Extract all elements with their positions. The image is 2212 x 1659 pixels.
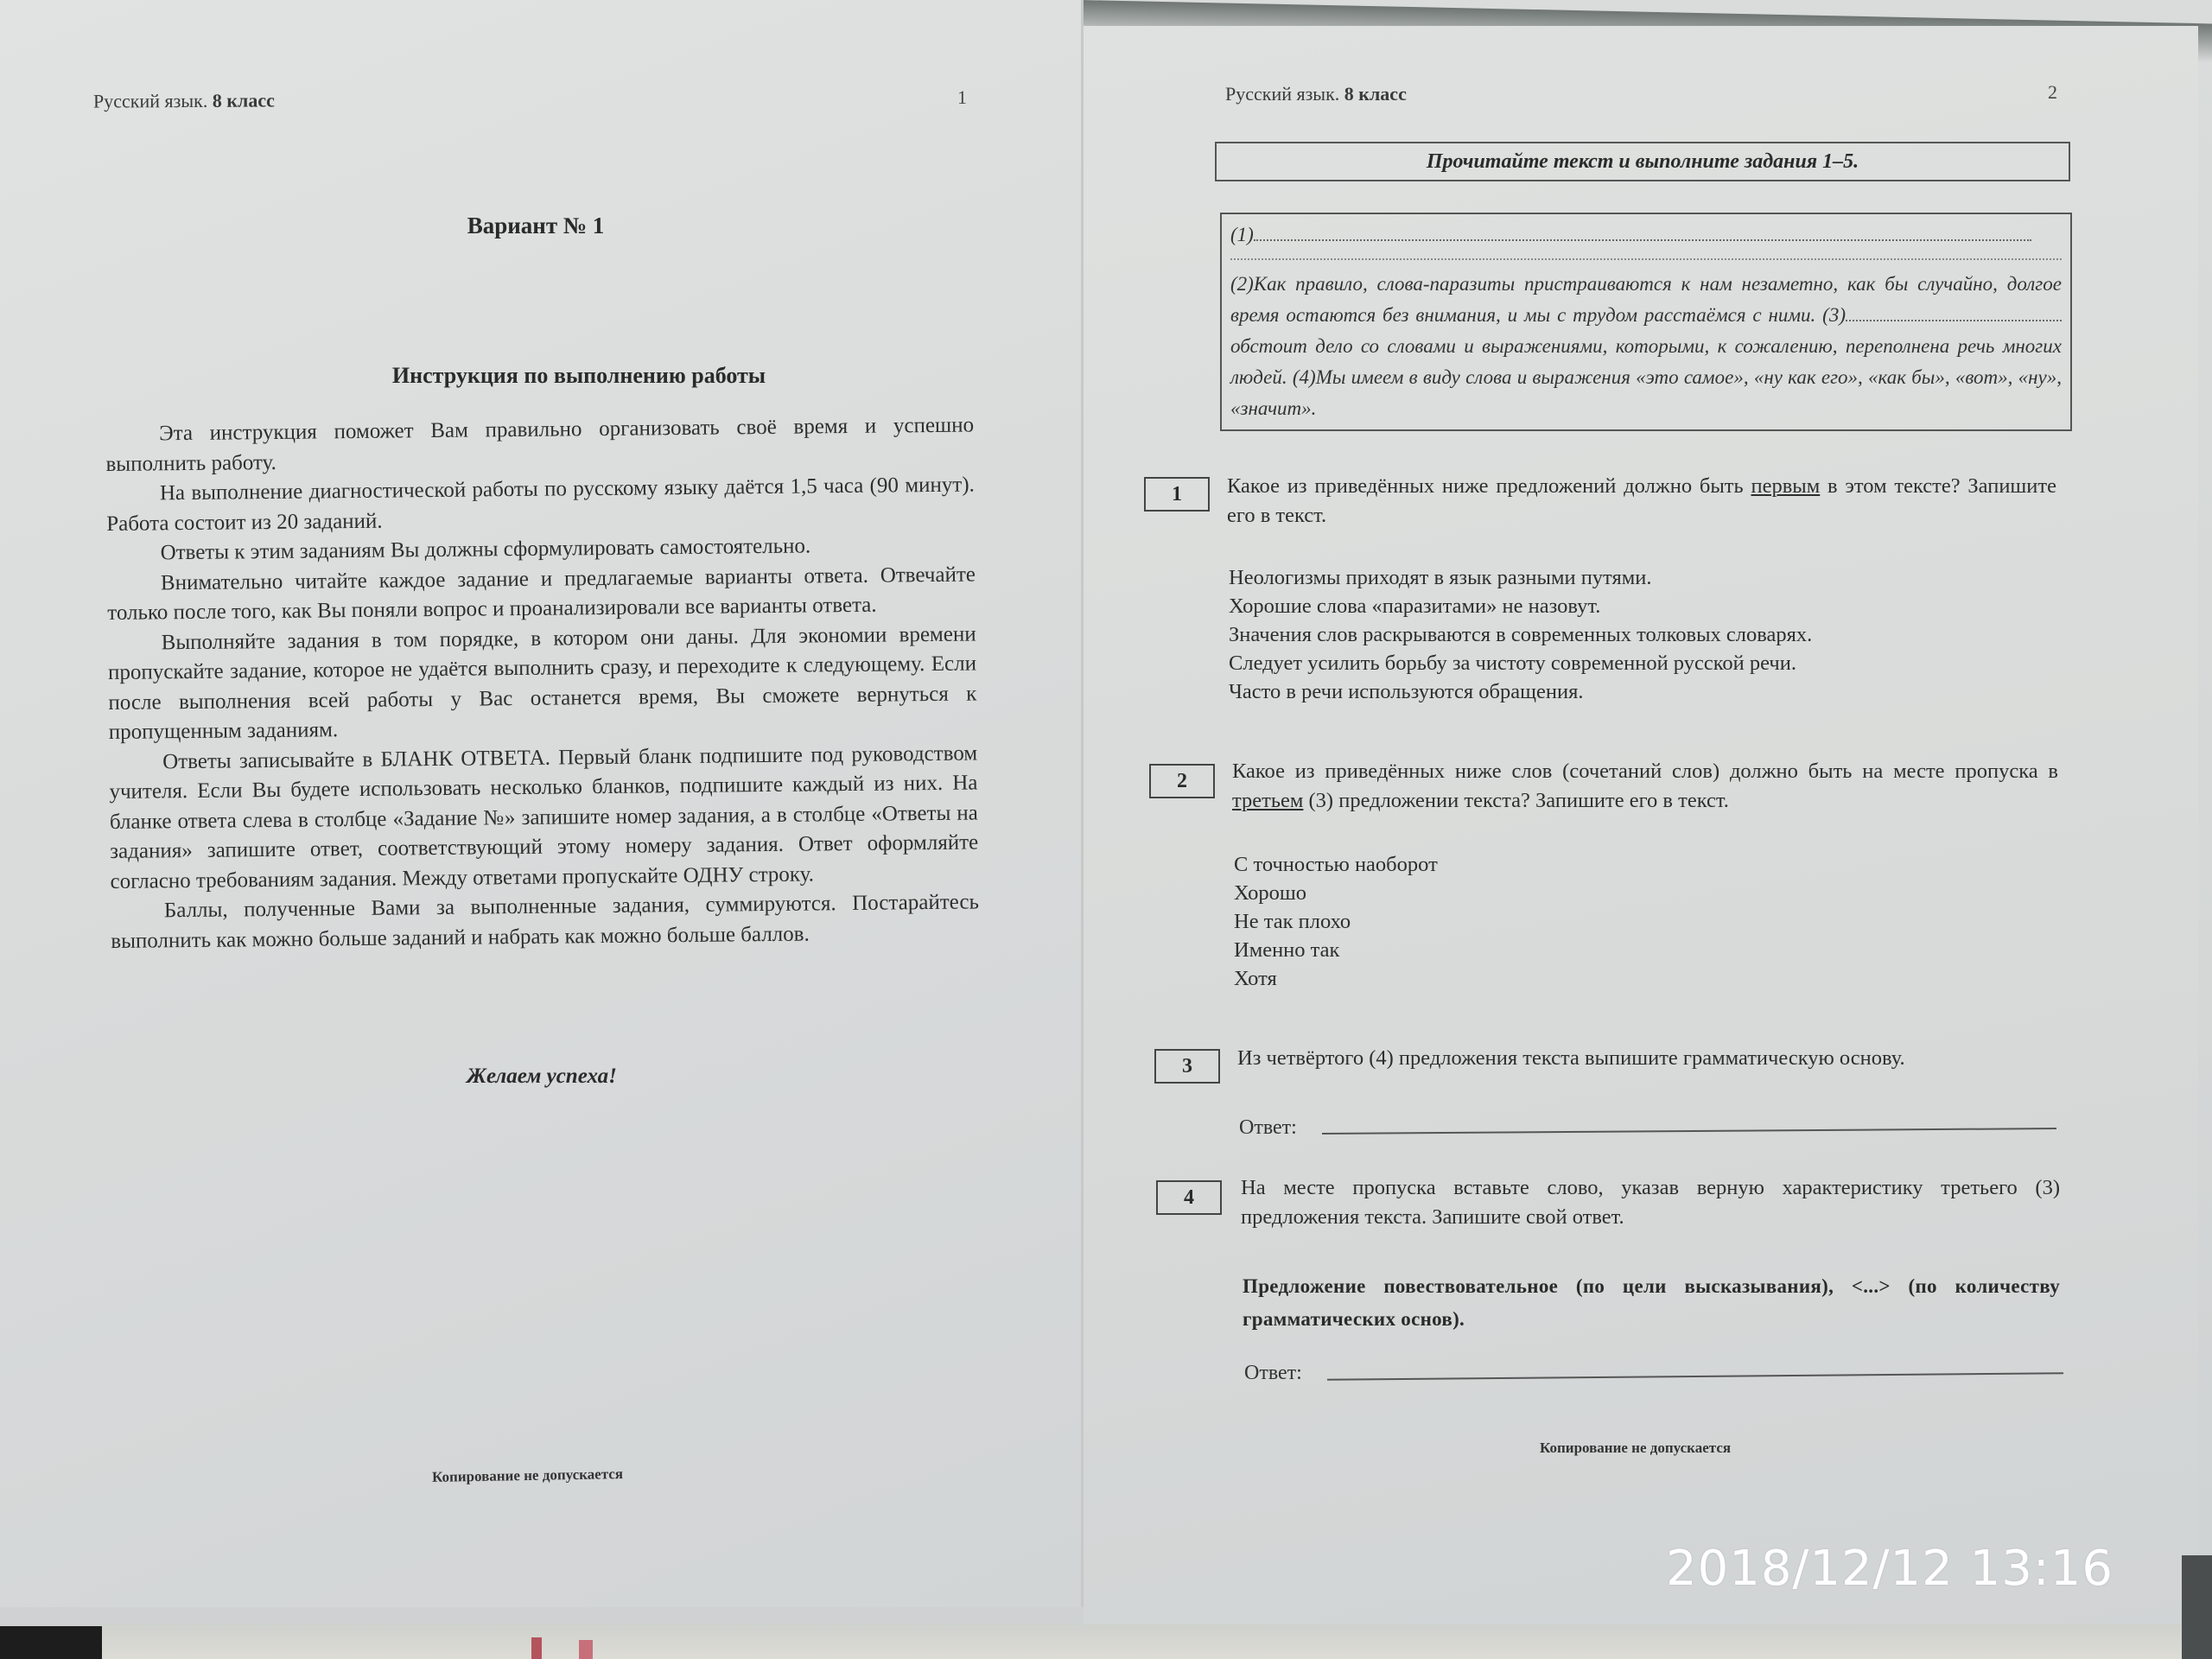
task-2-options: С точностью наоборот Хорошо Не так плохо… — [1234, 850, 1438, 993]
paragraph: Баллы, полученные Вами за выполненные за… — [111, 887, 980, 957]
read-instruction-box: Прочитайте текст и выполните задания 1–5… — [1215, 142, 2070, 181]
blank-dots — [1254, 227, 2031, 241]
header-subject: Русский язык. — [1225, 83, 1339, 105]
option: Следует усилить борьбу за чистоту соврем… — [1229, 649, 1812, 677]
option: Не так плохо — [1234, 907, 1438, 936]
blank-dots — [1846, 308, 2062, 321]
instructions-body: Эта инструкция поможет Вам правильно орг… — [105, 410, 979, 956]
sentence-4: (4)Мы имеем в виду слова и выражения «эт… — [1230, 366, 2062, 419]
paragraph: Выполняйте задания в том порядке, в кото… — [108, 620, 977, 748]
option: Часто в речи используются обращения. — [1229, 677, 1812, 706]
desk-surface — [0, 1624, 2212, 1659]
blank-dots — [1230, 257, 2062, 260]
task-3-question: Из четвёртого (4) предложения текста вып… — [1237, 1044, 2058, 1073]
task-number-1: 1 — [1144, 477, 1210, 512]
option: С точностью наоборот — [1234, 850, 1438, 879]
desk-edge — [2182, 1555, 2212, 1659]
header-subject: Русский язык. — [93, 90, 207, 112]
task-4-statement: Предложение повествовательное (по цели в… — [1243, 1270, 2060, 1336]
header-grade: 8 класс — [213, 89, 275, 111]
sentence-3-label: (3) — [1822, 304, 1846, 326]
task-3-answer-field[interactable] — [1322, 1128, 2056, 1135]
page-left: Русский язык. 8 класс 1 Вариант № 1 Инст… — [0, 0, 1082, 1607]
page-right: Русский язык. 8 класс 2 Прочитайте текст… — [1084, 26, 2198, 1633]
page-header: Русский язык. 8 класс — [1225, 83, 1407, 105]
task-3-answer-label: Ответ: — [1239, 1116, 1297, 1140]
page-number: 1 — [957, 86, 967, 109]
desk-object — [0, 1626, 102, 1659]
option: Хорошие слова «паразитами» не назовут. — [1229, 592, 1812, 620]
copy-notice: Копирование не допускается — [432, 1465, 623, 1486]
option: Значения слов раскрываются в современных… — [1229, 620, 1812, 649]
instructions-title: Инструкция по выполнению работы — [259, 363, 899, 389]
task-4-answer-label: Ответ: — [1244, 1362, 1302, 1385]
variant-title: Вариант № 1 — [380, 213, 691, 239]
paragraph: Эта инструкция поможет Вам правильно орг… — [105, 410, 975, 480]
desk-object — [579, 1640, 593, 1659]
task-4-answer-field[interactable] — [1327, 1372, 2063, 1380]
page-number: 2 — [2048, 81, 2057, 104]
option: Хотя — [1234, 964, 1438, 993]
task-1-question: Какое из приведённых ниже предложений до… — [1227, 472, 2056, 531]
paragraph: На выполнение диагностической работы по … — [106, 470, 976, 539]
task-number-2: 2 — [1149, 764, 1215, 798]
sentences-2-4: (2)Как правило, слова-паразиты пристраив… — [1230, 269, 2062, 424]
desk-object — [531, 1637, 542, 1659]
photo-timestamp: 2018/12/12 13:16 — [1666, 1541, 2113, 1597]
task-4-question: На месте пропуска вставьте слово, указав… — [1241, 1173, 2060, 1232]
paragraph: Внимательно читайте каждое задание и пре… — [107, 560, 976, 629]
sentence-1: (1) — [1230, 219, 2062, 251]
task-number-3: 3 — [1154, 1049, 1220, 1084]
header-grade: 8 класс — [1344, 83, 1407, 105]
closing-wish: Желаем успеха! — [467, 1065, 617, 1089]
option: Именно так — [1234, 936, 1438, 964]
copy-notice: Копирование не допускается — [1540, 1440, 1731, 1457]
option: Хорошо — [1234, 879, 1438, 907]
source-text-box: (1) (2)Как правило, слова-паразиты прист… — [1220, 213, 2072, 431]
option: Неологизмы приходят в язык разными путям… — [1229, 563, 1812, 592]
task-1-options: Неологизмы приходят в язык разными путям… — [1229, 563, 1812, 706]
paragraph: Ответы записывайте в БЛАНК ОТВЕТА. Первы… — [109, 739, 979, 897]
page-header: Русский язык. 8 класс — [93, 89, 275, 112]
task-2-question: Какое из приведённых ниже слов (сочетани… — [1232, 757, 2058, 816]
task-number-4: 4 — [1156, 1180, 1222, 1215]
